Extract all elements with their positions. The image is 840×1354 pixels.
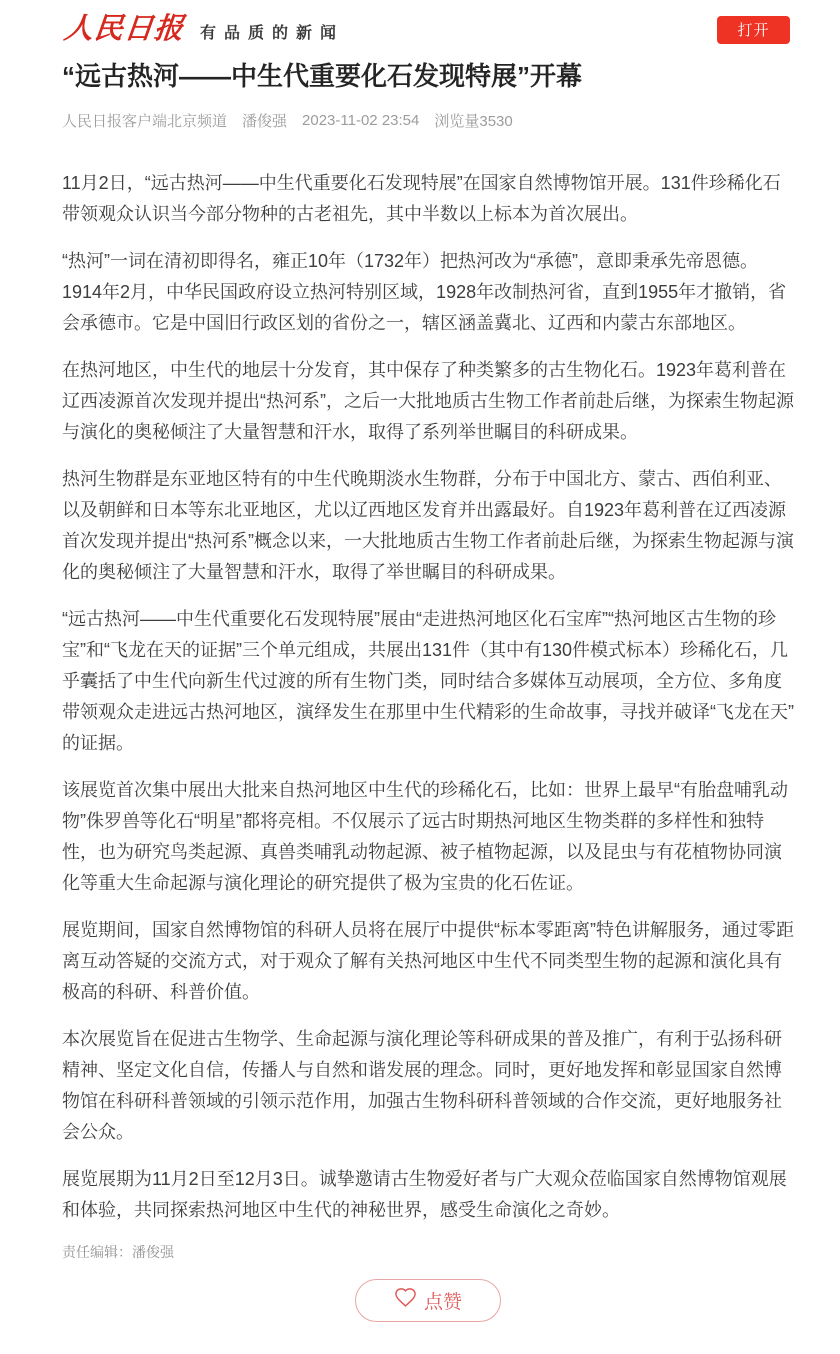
brand-tagline: 有品质的新闻 [200, 26, 344, 42]
article-meta: 人民日报客户端北京频道 潘俊强 2023-11-02 23:54 浏览量3530 [62, 110, 794, 131]
article-paragraph: 展览期间，国家自然博物馆的科研人员将在展厅中提供“标本零距离”特色讲解服务，通过… [62, 915, 794, 1008]
article-paragraph: “热河”一词在清初即得名，雍正10年（1732年）把热河改为“承德”，意即秉承先… [62, 246, 794, 339]
meta-source: 人民日报客户端北京频道 [62, 110, 227, 131]
article-paragraph: 本次展览旨在促进古生物学、生命起源与演化理论等科研成果的普及推广，有利于弘扬科研… [62, 1024, 794, 1148]
like-row: 点赞 [62, 1279, 794, 1354]
app-header: 人民日报 有品质的新闻 打开 [0, 0, 840, 50]
like-button-label: 点赞 [424, 1287, 462, 1314]
heart-icon [394, 1286, 417, 1315]
article-page: “远古热河——中生代重要化石发现特展”开幕 人民日报客户端北京频道 潘俊强 20… [0, 59, 840, 1354]
article-paragraph: 热河生物群是东亚地区特有的中生代晚期淡水生物群，分布于中国北方、蒙古、西伯利亚、… [62, 464, 794, 588]
article-paragraph: 该展览首次集中展出大批来自热河地区中生代的珍稀化石，比如：世界上最早“有胎盘哺乳… [62, 775, 794, 899]
article-title: “远古热河——中生代重要化石发现特展”开幕 [62, 59, 794, 93]
article-paragraph: 11月2日，“远古热河——中生代重要化石发现特展”在国家自然博物馆开展。131件… [62, 168, 794, 230]
article-body: 11月2日，“远古热河——中生代重要化石发现特展”在国家自然博物馆开展。131件… [62, 168, 794, 1226]
open-app-button[interactable]: 打开 [717, 16, 790, 44]
editor-note: 责任编辑：潘俊强 [62, 1242, 794, 1262]
meta-author: 潘俊强 [242, 110, 287, 131]
peoples-daily-logo: 人民日报 [62, 15, 185, 44]
like-button[interactable]: 点赞 [355, 1279, 501, 1322]
meta-datetime: 2023-11-02 23:54 [302, 112, 419, 129]
article-paragraph: “远古热河——中生代重要化石发现特展”展由“走进热河地区化石宝库”“热河地区古生… [62, 604, 794, 759]
article-paragraph: 展览展期为11月2日至12月3日。诚挚邀请古生物爱好者与广大观众莅临国家自然博物… [62, 1164, 794, 1226]
article-paragraph: 在热河地区，中生代的地层十分发育，其中保存了种类繁多的古生物化石。1923年葛利… [62, 355, 794, 448]
brand[interactable]: 人民日报 有品质的新闻 [64, 15, 344, 44]
meta-views: 浏览量3530 [434, 110, 512, 131]
